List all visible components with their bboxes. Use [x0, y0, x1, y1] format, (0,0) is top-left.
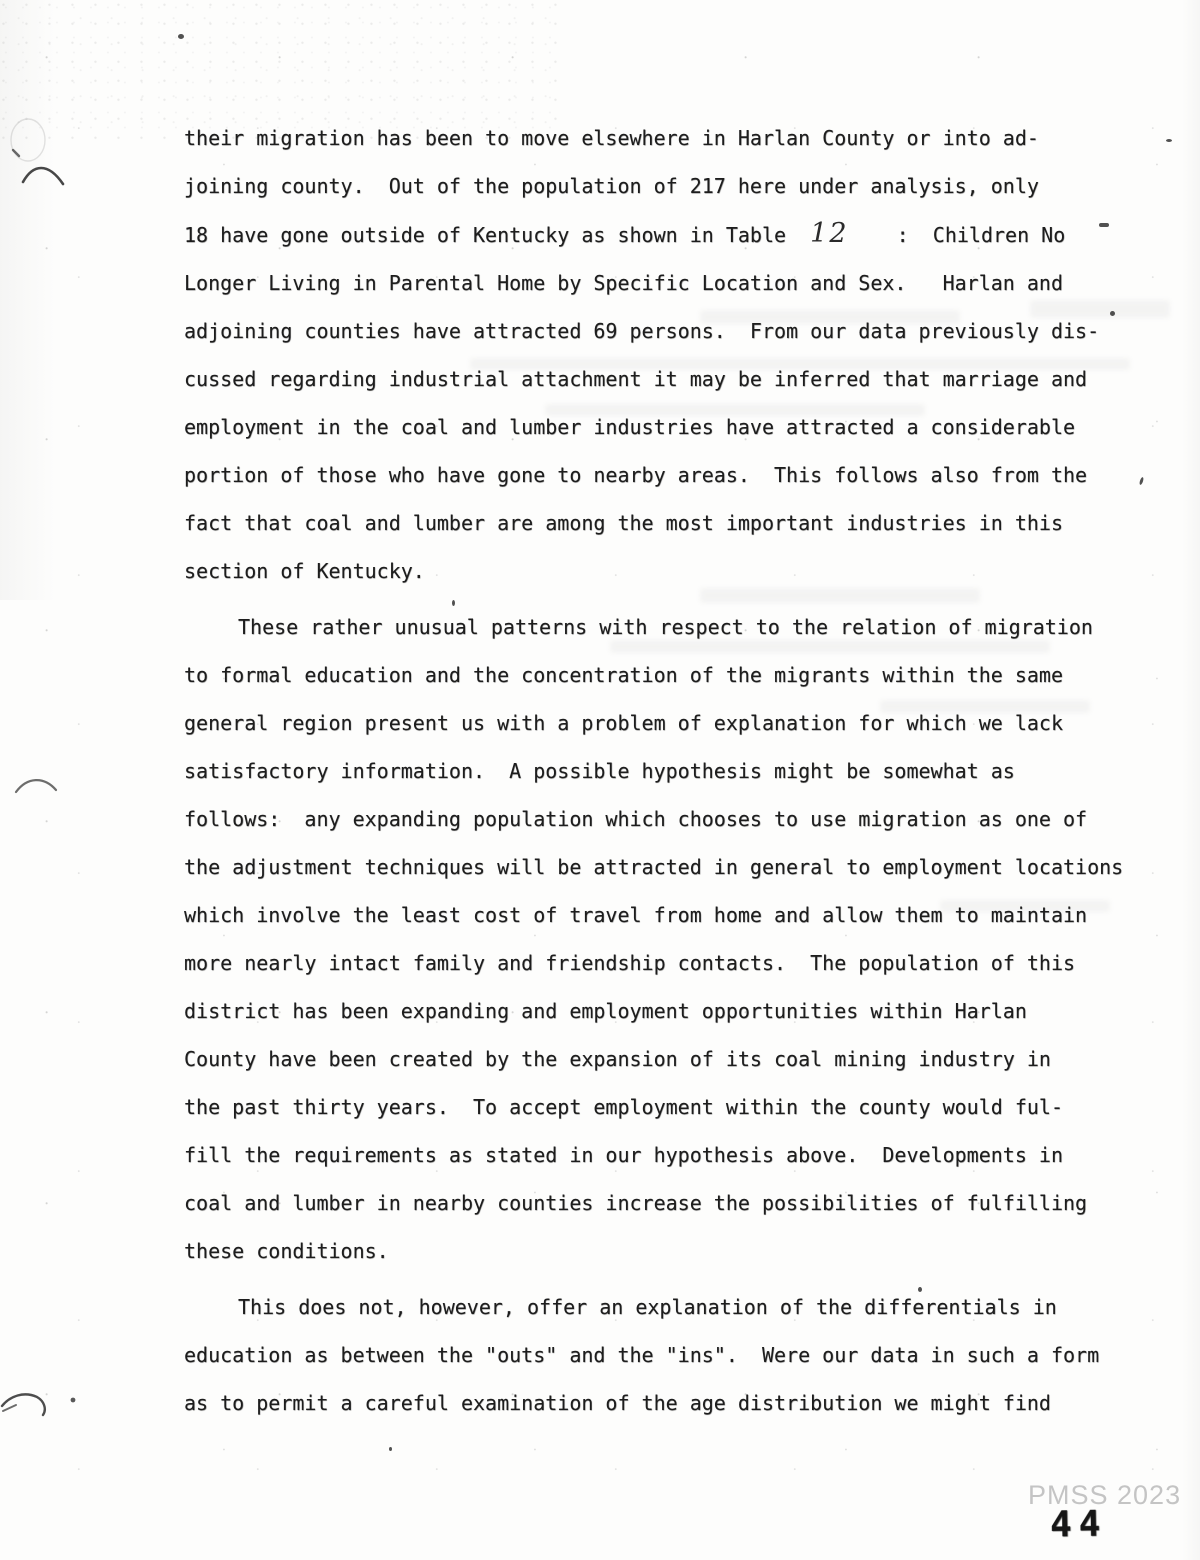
scan-speck	[389, 1447, 392, 1451]
text-line: These rather unusual patterns with respe…	[184, 603, 1164, 651]
left-edge-shading	[0, 0, 55, 600]
scan-speck	[1166, 139, 1172, 142]
typewritten-text-block: their migration has been to move elsewhe…	[184, 114, 1164, 1427]
pencil-mark-swoosh-bottom	[0, 1382, 92, 1438]
text-line: to formal education and the concentratio…	[184, 651, 1164, 699]
text-line: these conditions.	[184, 1227, 1164, 1275]
text-line: the adjustment techniques will be attrac…	[184, 843, 1164, 891]
text-line: satisfactory information. A possible hyp…	[184, 747, 1164, 795]
text-line: coal and lumber in nearby counties incre…	[184, 1179, 1164, 1227]
pencil-mark-arc-top	[6, 112, 82, 198]
text-line: fact that coal and lumber are among the …	[184, 499, 1164, 547]
text-line: 18 have gone outside of Kentucky as show…	[184, 210, 1164, 259]
text-line: their migration has been to move elsewhe…	[184, 114, 1164, 162]
text-line: section of Kentucky.	[184, 547, 1164, 595]
text-line: portion of those who have gone to nearby…	[184, 451, 1164, 499]
text-line: County have been created by the expansio…	[184, 1035, 1164, 1083]
text-line: follows: any expanding population which …	[184, 795, 1164, 843]
text-line: This does not, however, offer an explana…	[184, 1283, 1164, 1331]
text-line: district has been expanding and employme…	[184, 987, 1164, 1035]
paragraph: their migration has been to move elsewhe…	[184, 114, 1164, 595]
text-line: cussed regarding industrial attachment i…	[184, 355, 1164, 403]
right-edge-shading	[1182, 0, 1200, 1560]
text-line: which involve the least cost of travel f…	[184, 891, 1164, 939]
text-line: more nearly intact family and friendship…	[184, 939, 1164, 987]
text-line: Longer Living in Parental Home by Specif…	[184, 259, 1164, 307]
paragraph: This does not, however, offer an explana…	[184, 1283, 1164, 1427]
text-line: joining county. Out of the population of…	[184, 162, 1164, 210]
text-line: adjoining counties have attracted 69 per…	[184, 307, 1164, 355]
scanned-page: their migration has been to move elsewhe…	[0, 0, 1200, 1560]
paragraph: These rather unusual patterns with respe…	[184, 603, 1164, 1275]
text-line: fill the requirements as stated in our h…	[184, 1131, 1164, 1179]
pencil-mark-arc-middle	[8, 768, 70, 810]
scan-speck	[178, 34, 184, 39]
text-line: education as between the "outs" and the …	[184, 1331, 1164, 1379]
page-number: 44	[1050, 1504, 1108, 1546]
text-line: as to permit a careful examination of th…	[184, 1379, 1164, 1427]
text-line: general region present us with a problem…	[184, 699, 1164, 747]
text-line: the past thirty years. To accept employm…	[184, 1083, 1164, 1131]
text-line: employment in the coal and lumber indust…	[184, 403, 1164, 451]
handwritten-table-number: 12	[810, 218, 848, 249]
